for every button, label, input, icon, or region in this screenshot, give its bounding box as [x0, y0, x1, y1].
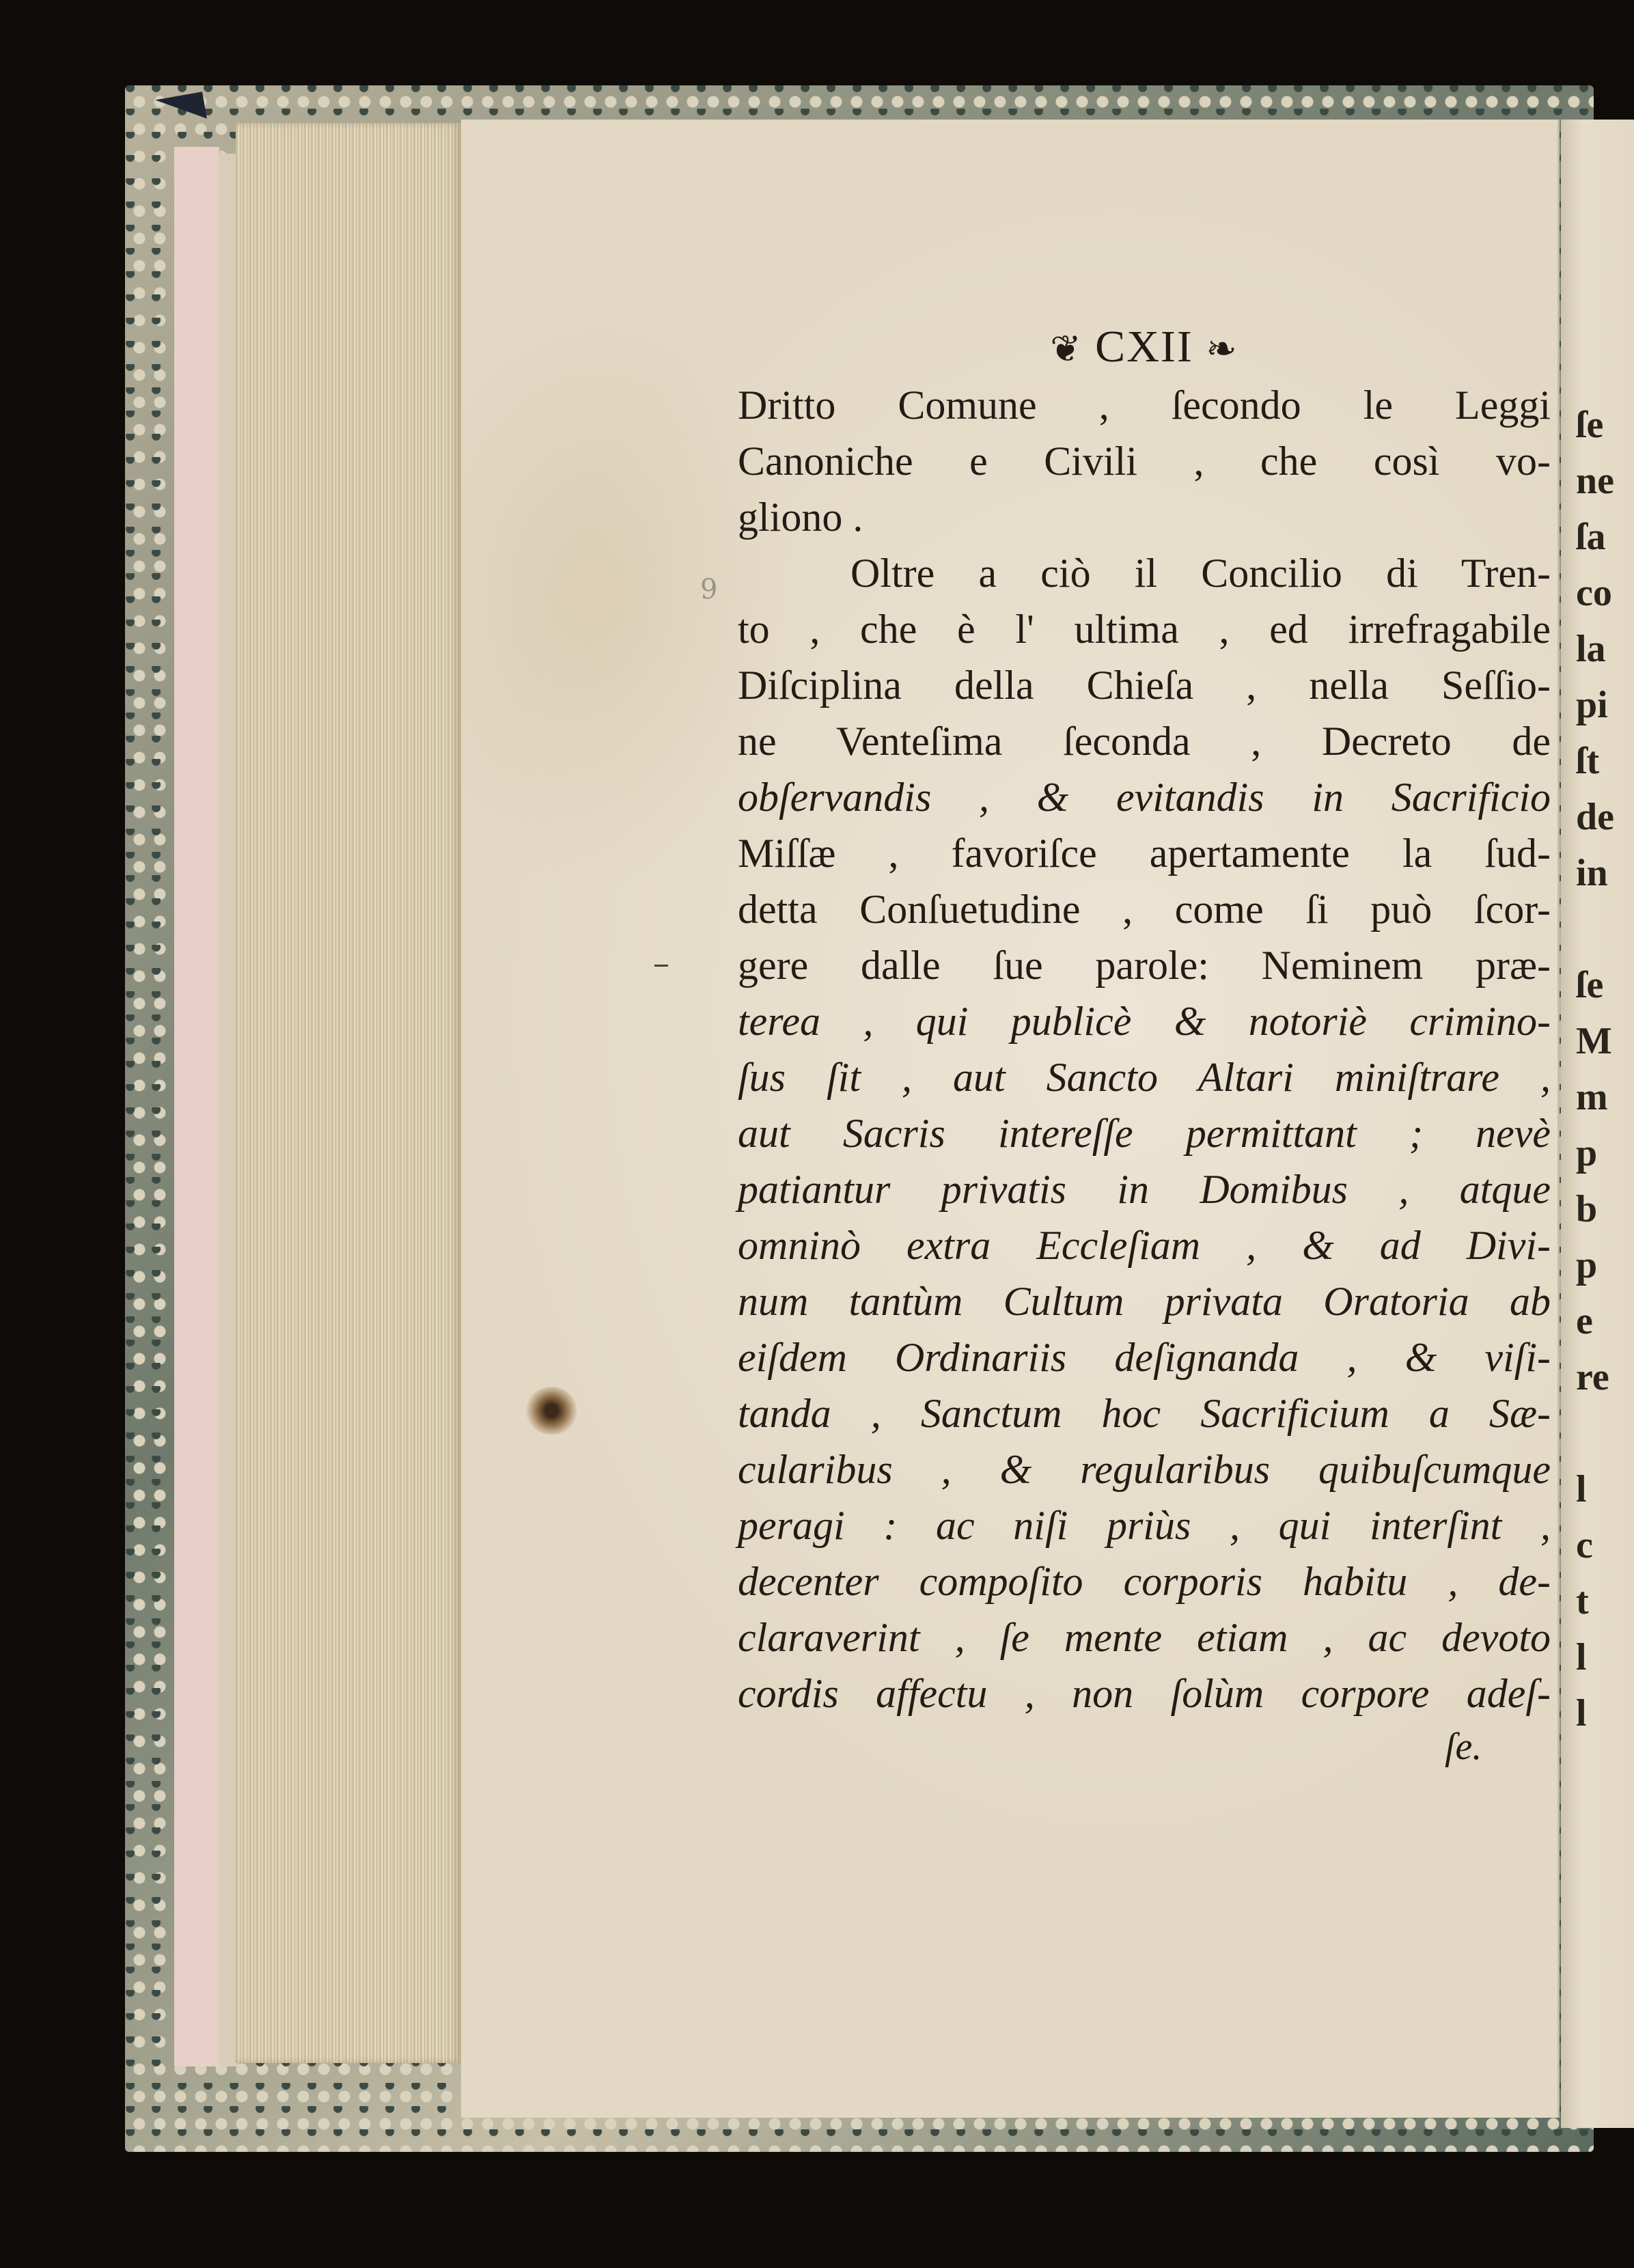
pink-endpaper [174, 147, 220, 2066]
text-line: cordis affectu , non ſolùm corpore adeſ- [738, 1665, 1551, 1721]
text-line: Dritto Comune , ſecondo le Leggi [738, 377, 1551, 433]
next-page-fragment: ſe [1576, 403, 1603, 447]
catchword: ſe. [1445, 1725, 1482, 1769]
next-page-fragment: t [1576, 1579, 1589, 1623]
text-line: num tantùm Cultum privata Oratoria ab [738, 1273, 1551, 1329]
body-text: Dritto Comune , ſecondo le LeggiCanonich… [738, 377, 1551, 1721]
next-page-fragment: e [1576, 1299, 1593, 1343]
text-line: terea , qui publicè & notoriè crimino- [738, 993, 1551, 1049]
text-line: patiantur privatis in Domibus , atque [738, 1161, 1551, 1217]
text-line: to , che è l' ultima , ed irrefragabile [738, 601, 1551, 657]
next-page-fragment: ſe [1576, 963, 1603, 1007]
ink-stain [526, 1387, 577, 1435]
next-page-fragment: M [1576, 1019, 1612, 1063]
text-line: omninò extra Eccleſiam , & ad Divi- [738, 1217, 1551, 1273]
text-line: ne Venteſima ſeconda , Decreto de [738, 713, 1551, 769]
page-number: CXII [1095, 322, 1193, 372]
next-page-fragment: l [1576, 1635, 1587, 1679]
text-line: decenter compoſito corporis habitu , de- [738, 1553, 1551, 1609]
text-line: Oltre a ciò il Concilio di Tren- [738, 545, 1551, 601]
ornament-left-icon: ❦ [1050, 329, 1082, 370]
next-page-fragment: m [1576, 1075, 1608, 1119]
text-block: ❦ CXII ❧ Dritto Comune , ſecondo le Legg… [738, 321, 1551, 1721]
next-page-fragment: in [1576, 851, 1608, 895]
margin-dash [654, 965, 668, 967]
text-line: detta Conſuetudine , come ſi può ſcor- [738, 881, 1551, 937]
text-line: Miſſæ , favoriſce apertamente la ſud- [738, 825, 1551, 881]
next-page-fragment: l [1576, 1691, 1587, 1735]
text-line: peragi : ac niſi priùs , qui interſint , [738, 1497, 1551, 1553]
ornament-right-icon: ❧ [1206, 329, 1238, 370]
text-line: Canoniche e Civili , che così vo- [738, 433, 1551, 489]
next-page-fragment: de [1576, 795, 1614, 839]
next-page-edge: ſeneſacolapiſtdeinſeMmpbperelctll [1561, 120, 1634, 2128]
next-page-fragment: ſa [1576, 515, 1606, 559]
pencil-mark: 9 [700, 574, 717, 605]
page-edges [236, 123, 461, 2063]
text-line: Diſciplina della Chieſa , nella Seſſio- [738, 657, 1551, 713]
text-line: gliono . [738, 489, 1551, 545]
next-page-fragment: la [1576, 627, 1606, 671]
text-line: claraverint , ſe mente etiam , ac devoto [738, 1609, 1551, 1665]
text-line: tanda , Sanctum hoc Sacrificium a Sæ- [738, 1385, 1551, 1441]
next-page-fragment: p [1576, 1243, 1597, 1287]
next-page-fragment: p [1576, 1131, 1597, 1175]
next-page-fragment: ne [1576, 459, 1614, 503]
next-page-fragment: ſt [1576, 739, 1599, 783]
text-line: obſervandis , & evitandis in Sacrificio [738, 769, 1551, 825]
text-line: gere dalle ſue parole: Neminem præ- [738, 937, 1551, 993]
next-page-fragment: pi [1576, 683, 1608, 727]
next-page-fragment: co [1576, 571, 1612, 615]
text-line: cularibus , & regularibus quibuſcumque [738, 1441, 1551, 1497]
next-page-fragment: re [1576, 1355, 1609, 1399]
text-line: ſus ſit , aut Sancto Altari miniſtrare , [738, 1049, 1551, 1105]
next-page-fragment: c [1576, 1523, 1593, 1567]
text-line: eiſdem Ordinariis deſignanda , & viſi- [738, 1329, 1551, 1385]
page-header: ❦ CXII ❧ [738, 321, 1551, 373]
next-page-fragment: b [1576, 1187, 1597, 1231]
next-page-fragment: l [1576, 1467, 1587, 1511]
text-line: aut Sacris intereſſe permittant ; nevè [738, 1105, 1551, 1161]
